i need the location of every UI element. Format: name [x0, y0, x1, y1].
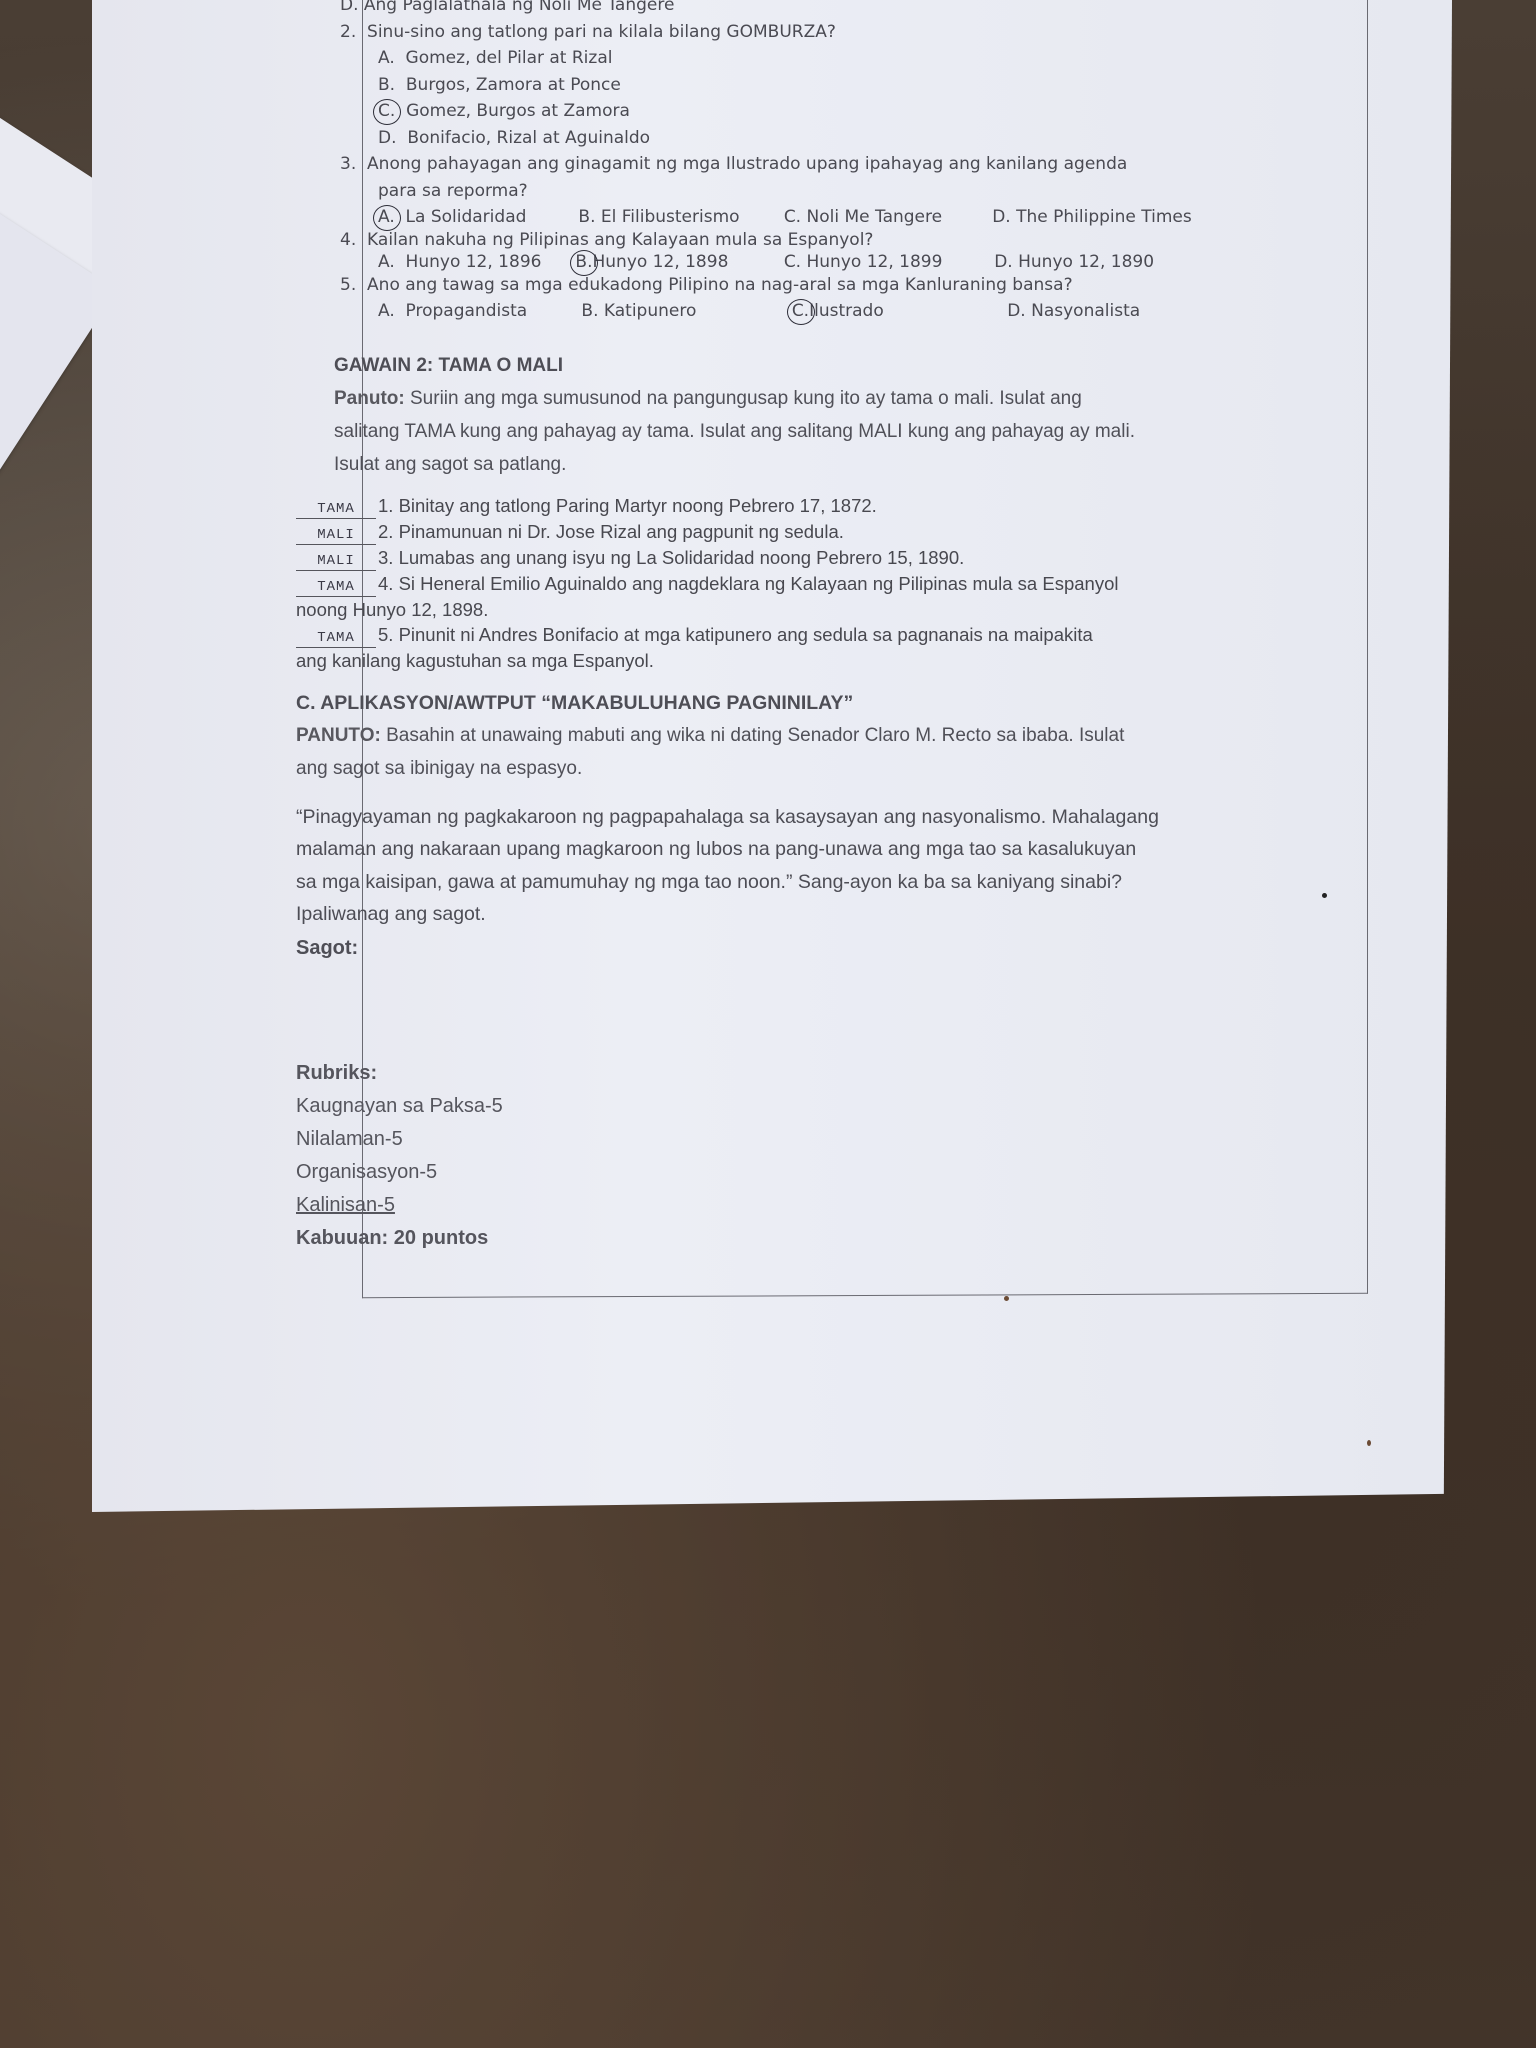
answer-label: Sagot:: [296, 931, 1256, 965]
rubric-item: Nilalaman-5: [296, 1123, 1256, 1156]
dirt-speck: [1367, 1440, 1371, 1446]
rubric-item: Kalinisan-5: [296, 1189, 1256, 1222]
option-a[interactable]: A. Propagandista: [378, 298, 576, 325]
answer-blank[interactable]: MALI: [296, 526, 376, 545]
tf-item-5: TAMA5. Pinunit ni Andres Bonifacio at mg…: [296, 622, 1256, 648]
option-d[interactable]: D. Hunyo 12, 1890: [994, 252, 1154, 272]
option-d[interactable]: D. Nasyonalista: [1007, 301, 1140, 321]
dirt-speck: [1004, 1296, 1009, 1301]
true-false-section: GAWAIN 2: TAMA O MALI Panuto: Suriin ang…: [334, 353, 1274, 481]
multiple-choice-section: D. Ang Paglalathala ng Noli Me Tangere 2…: [340, 0, 1260, 325]
option-b[interactable]: B. Katipunero: [581, 298, 786, 325]
answer-space[interactable]: [296, 965, 1256, 1057]
tf-item-3: MALI3. Lumabas ang unang isyu ng La Soli…: [296, 545, 1256, 571]
question-text: 3. Anong pahayagan ang ginagamit ng mga …: [340, 151, 1260, 178]
tf-item-4: TAMA4. Si Heneral Emilio Aguinaldo ang n…: [296, 571, 1256, 597]
instructions: PANUTO: Basahin at unawaing mabuti ang w…: [296, 719, 1256, 785]
tf-item-1: TAMA1. Binitay ang tatlong Paring Martyr…: [296, 493, 1256, 519]
answer-blank[interactable]: MALI: [296, 552, 376, 571]
question-text-cont: para sa reporma?: [340, 178, 1260, 205]
recto-quote: “Pinagyayaman ng pagkakaroon ng pagpapah…: [296, 801, 1256, 931]
true-false-items: TAMA1. Binitay ang tatlong Paring Martyr…: [296, 493, 1256, 673]
question-5: 5. Ano ang tawag sa mga edukadong Pilipi…: [340, 272, 1260, 325]
tf-item-2: MALI2. Pinamunuan ni Dr. Jose Rizal ang …: [296, 519, 1256, 545]
rubric-item: Organisasyon-5: [296, 1156, 1256, 1189]
application-section: C. APLIKASYON/AWTPUT “MAKABULUHANG PAGNI…: [296, 690, 1256, 1255]
option-b[interactable]: B. Burgos, Zamora at Ponce: [340, 72, 1260, 99]
ink-dot: [1322, 893, 1327, 898]
question-text: 5. Ano ang tawag sa mga edukadong Pilipi…: [340, 272, 1260, 299]
rubric-total: Kabuuan: 20 puntos: [296, 1222, 1256, 1255]
rubric-title: Rubriks:: [296, 1057, 1256, 1090]
option-d[interactable]: D. The Philippine Times: [992, 207, 1192, 227]
answer-blank[interactable]: TAMA: [296, 578, 376, 597]
option-c-selected[interactable]: C.Ilustrado: [792, 298, 1002, 325]
tf-item-4-cont: noong Hunyo 12, 1898.: [296, 597, 1256, 622]
option-prev-d: D. Ang Paglalathala ng Noli Me Tangere: [340, 0, 1260, 19]
instructions: Panuto: Suriin ang mga sumusunod na pang…: [334, 382, 1274, 481]
answer-blank[interactable]: TAMA: [296, 629, 376, 648]
section-title: C. APLIKASYON/AWTPUT “MAKABULUHANG PAGNI…: [296, 690, 1256, 717]
section-title: GAWAIN 2: TAMA O MALI: [334, 353, 1274, 380]
circled-answer-mark: C.: [792, 298, 809, 325]
tf-item-5-cont: ang kanilang kagustuhan sa mga Espanyol.: [296, 648, 1256, 673]
question-3: 3. Anong pahayagan ang ginagamit ng mga …: [340, 151, 1260, 231]
options-row: A. Propagandista B. Katipunero C.Ilustra…: [340, 298, 1260, 325]
rubric: Rubriks: Kaugnayan sa Paksa-5 Nilalaman-…: [296, 1057, 1256, 1255]
question-2: 2. Sinu-sino ang tatlong pari na kilala …: [340, 19, 1260, 152]
option-d[interactable]: D. Bonifacio, Rizal at Aguinaldo: [340, 125, 1260, 152]
question-text: 2. Sinu-sino ang tatlong pari na kilala …: [340, 19, 1260, 46]
circled-answer-mark: C.: [378, 98, 395, 125]
answer-blank[interactable]: TAMA: [296, 500, 376, 519]
question-4: 4. Kailan nakuha ng Pilipinas ang Kalaya…: [340, 227, 1260, 276]
option-a[interactable]: A. Gomez, del Pilar at Rizal: [340, 45, 1260, 72]
rubric-item: Kaugnayan sa Paksa-5: [296, 1090, 1256, 1123]
option-c-selected[interactable]: C. Gomez, Burgos at Zamora: [340, 98, 1260, 125]
